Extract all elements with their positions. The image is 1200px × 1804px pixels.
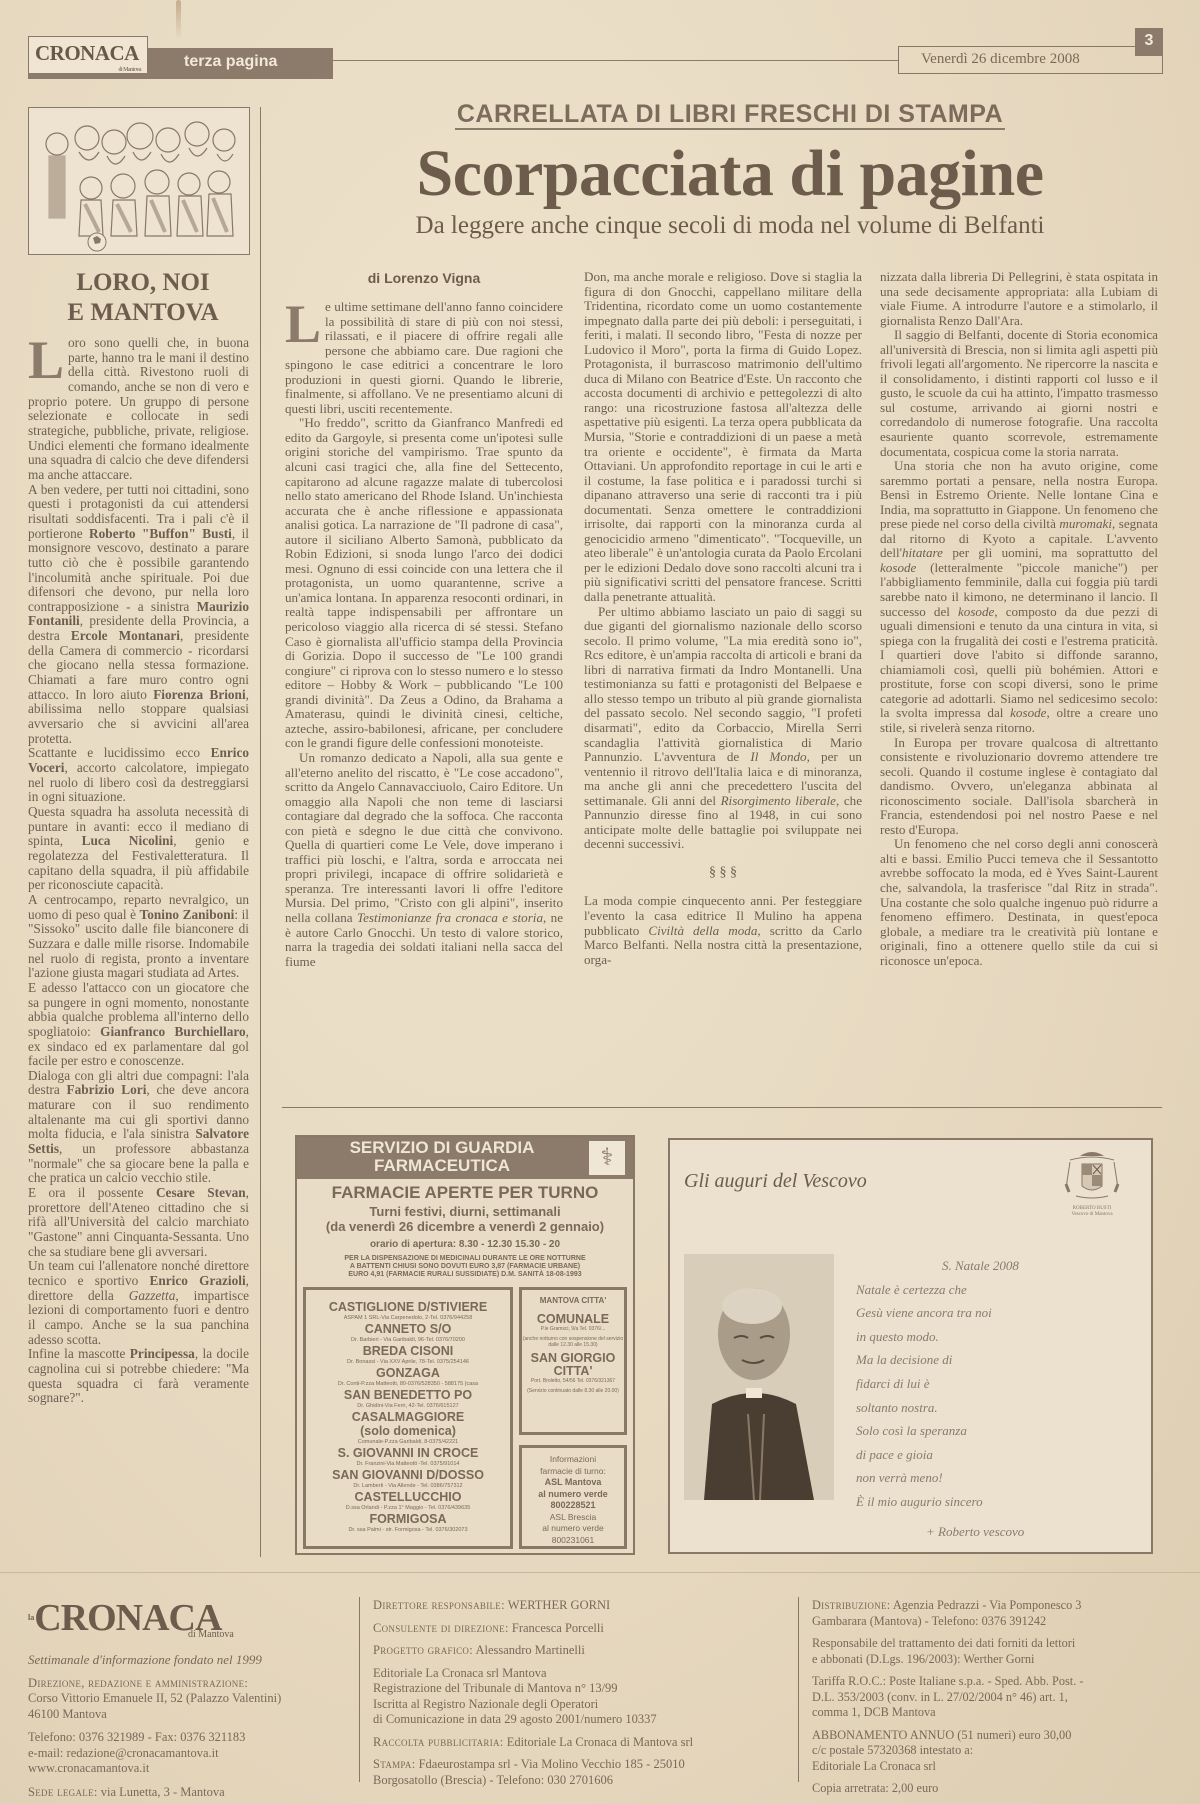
section-divider (282, 1107, 1162, 1108)
byline: di Lorenzo Vigna (285, 270, 563, 286)
paragraph: Infine la mascotte Principessa, la docil… (28, 1347, 249, 1406)
paragraph: In Europa per trovare qualcosa di altret… (880, 736, 1158, 838)
issue-date: Venerdì 26 dicembre 2008 (898, 46, 1163, 74)
bishop-greeting-title: Gli auguri del Vescovo (684, 1170, 867, 1193)
dropcap: L (28, 338, 64, 380)
pharmacy-subheader: FARMACIE APERTE PER TURNO Turni festivi,… (297, 1183, 633, 1279)
paragraph: E ora il possente Cesare Stevan, prorett… (28, 1186, 249, 1259)
list-item: BREDA CISONIDr. Bonassi - Via XXV Aprile… (306, 1344, 510, 1366)
list-item: CASALMAGGIORE(solo domenica)Comunale-P.z… (306, 1410, 510, 1446)
list-item: SAN GIOVANNI D/DOSSODr. Lamberti - Via A… (306, 1468, 510, 1490)
article-column-2: Don, ma anche morale e religioso. Dove s… (584, 270, 862, 967)
phone-fax: Telefono: 0376 321989 - Fax: 0376 321183 (28, 1730, 358, 1746)
paragraph: Per ultimo abbiamo lasciato un paio di s… (584, 605, 862, 852)
bishop-greeting-box: Gli auguri del Vescovo ROBERTO BUSTI Ves… (668, 1138, 1153, 1554)
paragraph: A ben vedere, per tutti noi cittadini, s… (28, 483, 249, 747)
website-link[interactable]: www.cronacamantova.it (28, 1761, 358, 1777)
paragraph: Don, ma anche morale e religioso. Dove s… (584, 270, 862, 605)
column-divider (260, 107, 261, 1557)
paragraph: Questa squadra ha assoluta necessità di … (28, 805, 249, 893)
pharmacy-town-list: CASTIGLIONE D/STIVIEREASPAM 1 SRL-Via Ca… (303, 1287, 513, 1549)
paragraph: nizzata dalla libreria Di Pellegrini, è … (880, 270, 1158, 328)
section-label: terza pagina (148, 48, 333, 78)
sidebar-article-body: L oro sono quelli che, in buona parte, h… (28, 336, 249, 1406)
section-separator: § § § (584, 866, 862, 881)
paragraph: Scattante e lucidissimo ecco Enrico Voce… (28, 746, 249, 805)
paragraph: Una storia che non ha avuto origine, com… (880, 459, 1158, 735)
football-team-caricature-icon (29, 108, 249, 254)
coffee-stain (176, 0, 181, 40)
list-item: CANNETO S/ODr. Barbieri - Via Garibaldi,… (306, 1322, 510, 1344)
tagline: Settimanale d'informazione fondato nel 1… (28, 1652, 358, 1668)
coat-of-arms-icon (1062, 1148, 1122, 1204)
paragraph: Il saggio di Belfanti, docente di Storia… (880, 328, 1158, 459)
list-item: SAN BENEDETTO PODr. Ghidini-Via Ferri, 4… (306, 1388, 510, 1410)
list-item: FORMIGOSADr. ssa Palmi - str. Formigosa … (306, 1512, 510, 1534)
paragraph: Un fenomeno che nel corso degli anni con… (880, 837, 1158, 968)
paragraph: "Ho freddo", scritto da Gianfranco Manfr… (285, 416, 563, 751)
paragraph: E adesso l'attacco con un giocatore che … (28, 981, 249, 1069)
paragraph: Un romanzo dedicato a Napoli, alla sua g… (285, 751, 563, 969)
colophon-staff: Direttore responsabile: WERTHER GORNI Co… (373, 1598, 793, 1788)
handwritten-message: S. Natale 2008 Natale è certezza che Ges… (856, 1254, 1136, 1543)
caricature-image (28, 107, 250, 255)
phone-number[interactable]: 800228521 (550, 1500, 595, 1510)
paragraph: Dialoga con gli altri due compagni: l'al… (28, 1069, 249, 1186)
caduceus-icon: ⚕ (589, 1141, 625, 1175)
masthead-rule (333, 60, 898, 61)
dropcap: L (285, 302, 321, 344)
mantova-city-pharmacies: MANTOVA CITTA' COMUNALE P.le Gramsci, 9/… (519, 1287, 627, 1435)
sidebar-title: LORO, NOI E MANTOVA (28, 268, 258, 328)
footer-rule (0, 1572, 1200, 1573)
article-kicker: CARRELLATA DI LIBRI FRESCHI DI STAMPA (300, 100, 1160, 129)
email-link[interactable]: e-mail: redazione@cronacamantova.it (28, 1746, 358, 1762)
pharmacy-duty-box: SERVIZIO DI GUARDIA FARMACEUTICA ⚕ FARMA… (295, 1135, 635, 1555)
colophon-distribution: Distribuzione: Agenzia Pedrazzi - Via Po… (812, 1598, 1192, 1797)
footer-divider (359, 1597, 360, 1782)
paragraph: Un team cui l'allenatore nonché direttor… (28, 1259, 249, 1347)
list-item: CASTIGLIONE D/STIVIEREASPAM 1 SRL-Via Ca… (306, 1300, 510, 1322)
article-subheadline: Da leggere anche cinque secoli di moda n… (280, 212, 1180, 240)
pharmacy-info-box: Informazioni farmacie di turno: ASL Mant… (519, 1445, 627, 1549)
masthead-logo[interactable]: CRONACA di Mantova (28, 36, 148, 76)
list-item: CASTELLUCCHIOD.ssa Orlandi - P.zza 1° Ma… (306, 1490, 510, 1512)
article-column-3: nizzata dalla libreria Di Pellegrini, è … (880, 270, 1158, 968)
page-number: 3 (1135, 28, 1163, 56)
crest-caption: ROBERTO BUSTI Vescovo di Mantova (1042, 1206, 1142, 1218)
colophon-publisher: laCRONACA di Mantova Settimanale d'infor… (28, 1598, 358, 1800)
footer-divider (798, 1597, 799, 1782)
list-item: GONZAGADr. Conti-P.zza Matteotti, 80-037… (306, 1366, 510, 1388)
article-headline: Scorpacciata di pagine (280, 138, 1180, 210)
paragraph: A centrocampo, reparto nevralgico, un uo… (28, 893, 249, 981)
portrait-icon (684, 1254, 834, 1500)
paragraph: e ultime settimane dell'anno fanno coinc… (285, 300, 563, 416)
pharmacy-header: SERVIZIO DI GUARDIA FARMACEUTICA (297, 1137, 567, 1177)
article-column-1: L e ultime settimane dell'anno fanno coi… (285, 300, 563, 969)
bishop-portrait-photo (684, 1254, 834, 1500)
paragraph: La moda compie cinquecento anni. Per fes… (584, 894, 862, 967)
phone-number[interactable]: 800231061 (522, 1535, 624, 1547)
list-item: S. GIOVANNI IN CROCEDr. Franzini-Via Mat… (306, 1446, 510, 1468)
signature: + Roberto vescovo (856, 1520, 1136, 1544)
